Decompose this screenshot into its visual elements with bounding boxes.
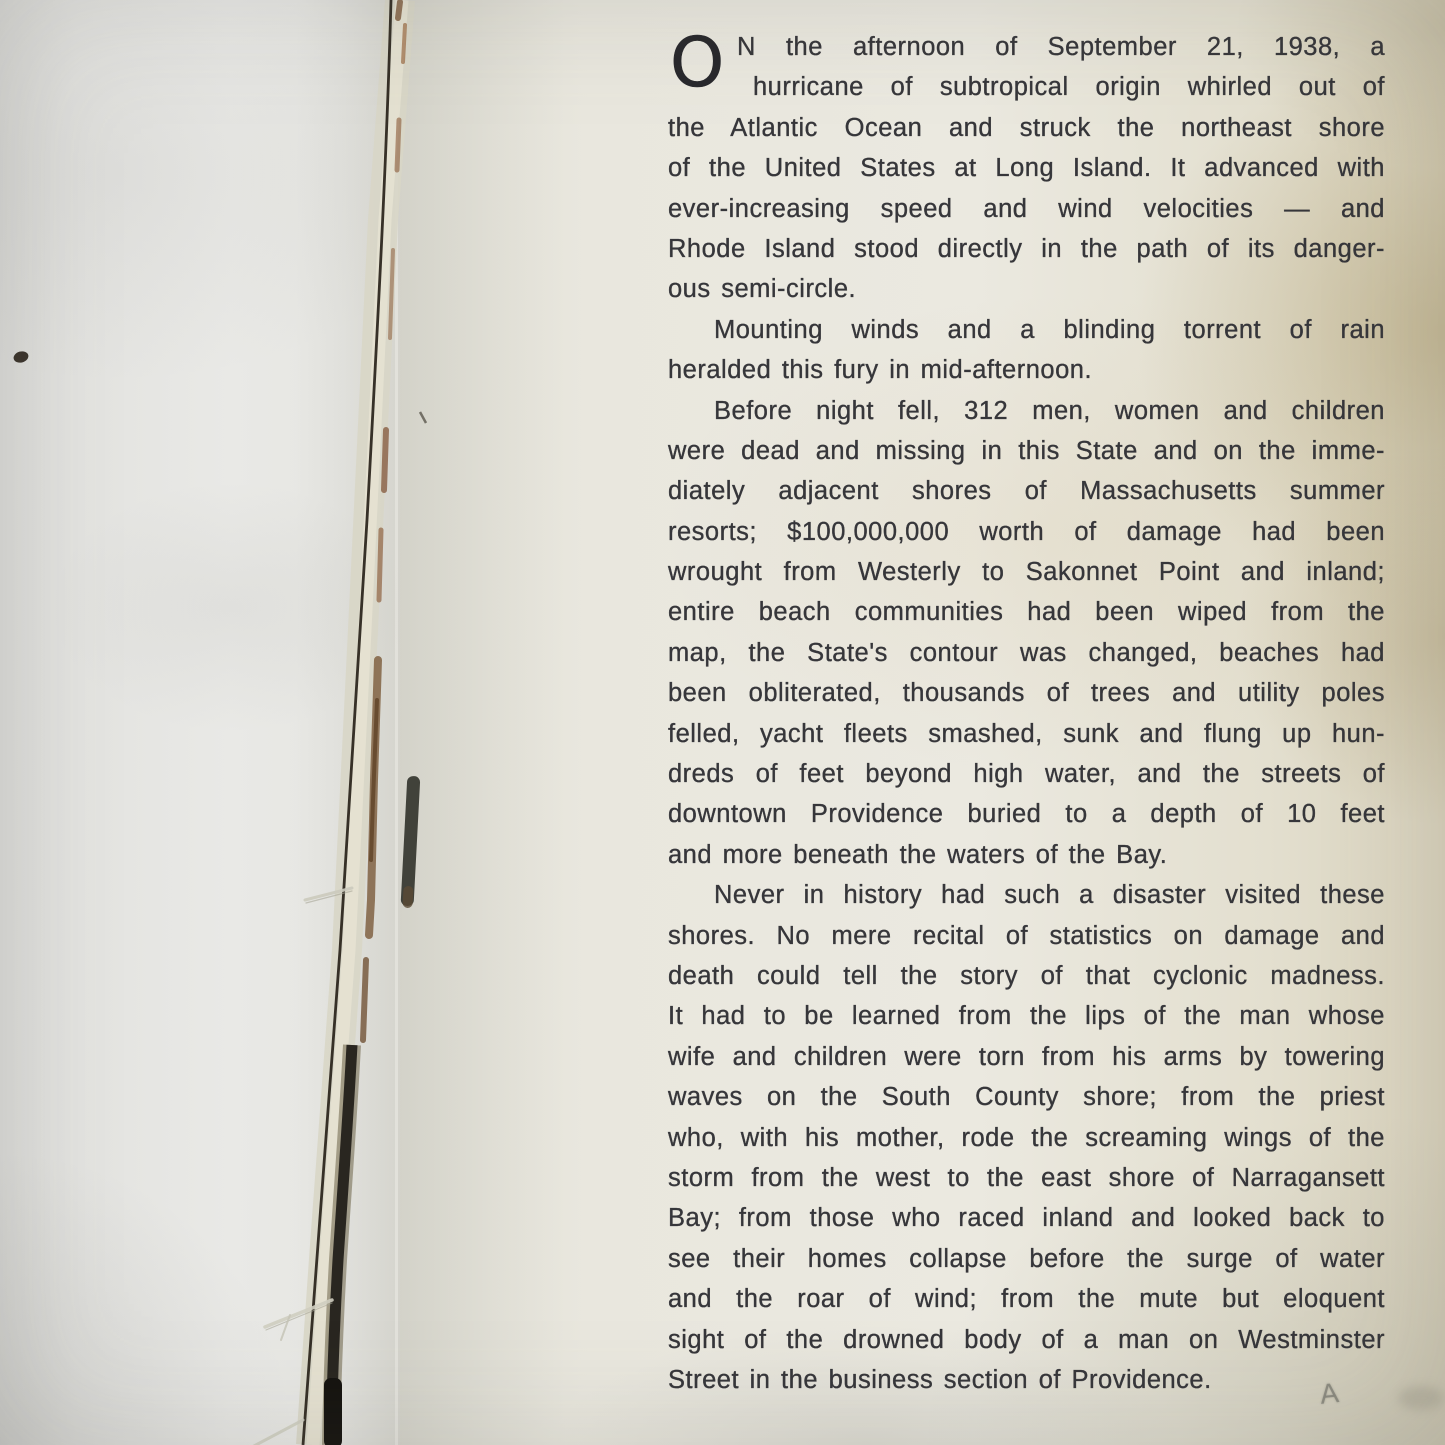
text-line: downtown Providence buried to a depth of… [668, 794, 1385, 834]
text-line: entire beach communities had been wiped … [668, 592, 1385, 632]
text-line: diately adjacent shores of Massachusetts… [668, 471, 1385, 511]
text-line: It had to be learned from the lips of th… [668, 996, 1385, 1036]
text-line: wrought from Westerly to Sakonnet Point … [668, 552, 1385, 592]
text-line: wife and children were torn from his arm… [668, 1037, 1385, 1077]
text-line: map, the State's contour was changed, be… [668, 633, 1385, 673]
text-line: Mounting winds and a blinding torrent of… [668, 310, 1385, 350]
text-line: Rhode Island stood directly in the path … [668, 229, 1385, 269]
text-line: been obliterated, thousands of trees and… [668, 673, 1385, 713]
ink-speck [12, 350, 29, 365]
text-line: ever-increasing speed and wind velocitie… [668, 189, 1385, 229]
text-line: N the afternoon of September 21, 1938, a [668, 27, 1385, 67]
text-line: Bay; from those who raced inland and loo… [668, 1198, 1385, 1238]
text-line: death could tell the story of that cyclo… [668, 956, 1385, 996]
text-line: Street in the business section of Provid… [668, 1360, 1385, 1400]
text-line: and the roar of wind; from the mute but … [668, 1279, 1385, 1319]
body-text: N the afternoon of September 21, 1938, a… [668, 27, 1385, 1400]
text-line: of the United States at Long Island. It … [668, 148, 1385, 188]
book-page-photo: O N the afternoon of September 21, 1938,… [0, 0, 1445, 1445]
small-tick-mark [420, 412, 426, 423]
text-line: and more beneath the waters of the Bay. [668, 835, 1385, 875]
text-line: resorts; $100,000,000 worth of damage ha… [668, 512, 1385, 552]
text-line: heralded this fury in mid-afternoon. [668, 350, 1385, 390]
text-line: hurricane of subtropical origin whirled … [668, 67, 1385, 107]
text-line: dreds of feet beyond high water, and the… [668, 754, 1385, 794]
text-line: sight of the drowned body of a man on We… [668, 1320, 1385, 1360]
crease-band-highlight [313, 0, 402, 1445]
text-line: storm from the west to the east shore of… [668, 1158, 1385, 1198]
text-line: see their homes collapse before the surg… [668, 1239, 1385, 1279]
text-line: shores. No mere recital of statistics on… [668, 916, 1385, 956]
text-line: waves on the South County shore; from th… [668, 1077, 1385, 1117]
text-line: who, with his mother, rode the screaming… [668, 1118, 1385, 1158]
text-line: the Atlantic Ocean and struck the northe… [668, 108, 1385, 148]
text-line: felled, yacht fleets smashed, sunk and f… [668, 714, 1385, 754]
text-line: were dead and missing in this State and … [668, 431, 1385, 471]
text-line: Before night fell, 312 men, women and ch… [668, 391, 1385, 431]
corner-smudge [1398, 1386, 1444, 1410]
text-line: ous semi-circle. [668, 269, 1385, 309]
text-line: Never in history had such a disaster vis… [668, 875, 1385, 915]
staple-mark [400, 776, 420, 908]
tear-blob [324, 1378, 342, 1445]
corner-smudge-letter: A [1318, 1377, 1340, 1411]
